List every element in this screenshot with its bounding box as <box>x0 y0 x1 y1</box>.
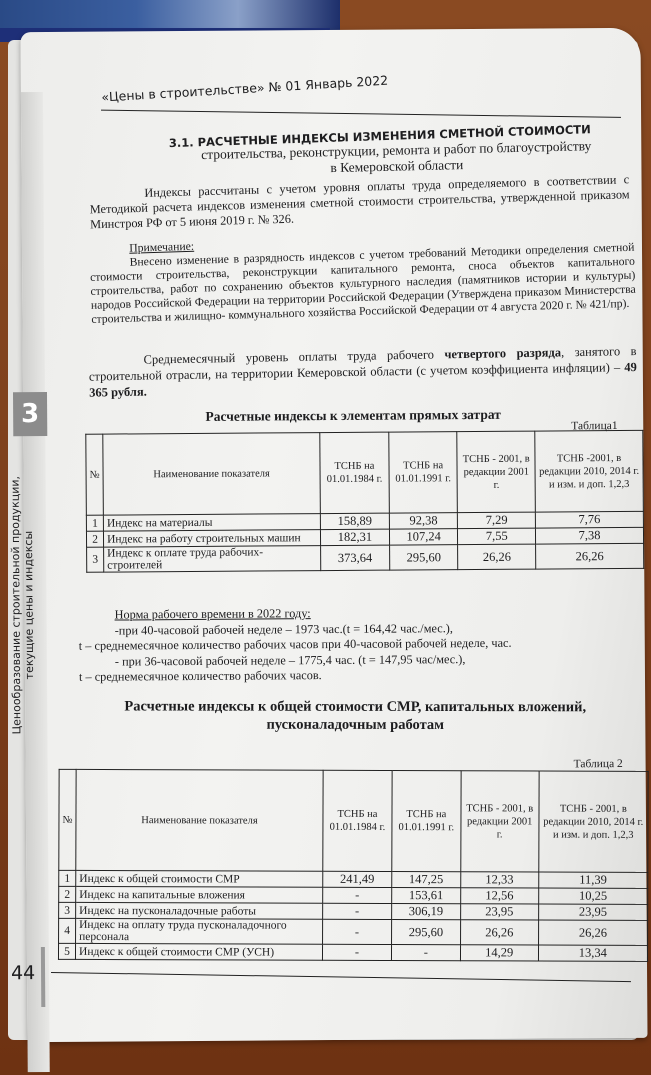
value-2001: 14,29 <box>460 945 538 961</box>
row-number: 1 <box>59 870 76 886</box>
value-2010: 7,38 <box>536 527 644 544</box>
col-2010: ТСНБ -2001, в редакции 2010, 2014 г. и и… <box>535 430 644 512</box>
value-1991: 295,60 <box>391 920 460 945</box>
table1-header-row: № Наименование показателя ТСНБ на 01.01.… <box>86 430 644 515</box>
note-text: Внесено изменение в разрядность индексов… <box>90 241 636 326</box>
row-name: Индекс на материалы <box>103 514 320 532</box>
chapter-sidebar: Ценообразование строительной продукции, … <box>3 452 25 752</box>
value-2010: 23,95 <box>538 904 647 920</box>
value-1991: 306,19 <box>392 904 461 920</box>
row-number: 3 <box>59 902 76 918</box>
work-time-norms: Норма рабочего времени в 2022 году: -при… <box>79 604 640 685</box>
value-1984: 373,64 <box>321 545 390 570</box>
work-time-36h-note: t – среднемесячное количество рабочих ча… <box>79 666 639 685</box>
row-name: Индекс к общей стоимости СМР <box>76 870 323 887</box>
value-2001: 12,33 <box>461 872 539 888</box>
value-1991: 153,61 <box>392 888 461 904</box>
col-1991: ТСНБ на 01.01.1991 г. <box>389 432 458 513</box>
row-number: 1 <box>86 515 103 531</box>
table2-total-costs: № Наименование показателя ТСНБ на 01.01.… <box>58 769 649 962</box>
table2-label: Таблица 2 <box>574 758 623 770</box>
col-2001: ТСНБ - 2001, в редакции 2001 г. <box>461 771 539 872</box>
value-1984: 182,31 <box>320 529 389 545</box>
table-row: 4Индекс на оплату труда пусконаладочного… <box>59 918 648 945</box>
table1-direct-costs: № Наименование показателя ТСНБ на 01.01.… <box>85 430 644 573</box>
row-number: 2 <box>59 886 76 902</box>
value-1991: 147,25 <box>392 872 461 888</box>
value-2010: 10,25 <box>538 888 647 904</box>
value-2001: 26,26 <box>460 920 538 945</box>
table1-title: Расчетные индексы к элементам прямых зат… <box>83 406 623 426</box>
value-1984: - <box>323 919 392 944</box>
col-name: Наименование показателя <box>103 433 321 516</box>
value-1991: 295,60 <box>389 545 458 570</box>
value-2010: 26,26 <box>538 920 647 945</box>
magazine-page: «Цены в строительстве» № 01 Январь 2022 … <box>20 28 647 1042</box>
wage-paragraph: Среднемесячный уровень оплаты труда рабо… <box>88 343 637 401</box>
table2-title: Расчетные индексы к общей стоимости СМР,… <box>85 697 625 734</box>
col-name: Наименование показателя <box>76 769 323 871</box>
row-number: 5 <box>58 943 75 959</box>
value-1984: - <box>323 944 392 960</box>
value-1991: 107,24 <box>389 529 458 545</box>
row-number: 2 <box>86 531 103 547</box>
row-name: Индекс на оплату труда пусконаладочного … <box>76 918 323 944</box>
table-row: 3Индекс к оплате труда рабочих-строителе… <box>87 543 644 572</box>
page-number-bar <box>41 947 45 1007</box>
value-2010: 11,39 <box>538 872 647 888</box>
col-no: № <box>86 434 104 515</box>
row-number: 4 <box>59 918 76 943</box>
value-1984: 241,49 <box>323 871 392 887</box>
value-1984: - <box>323 887 392 903</box>
col-1984: ТСНБ на 01.01.1984 г. <box>320 432 389 513</box>
value-2001: 23,95 <box>460 904 538 920</box>
row-name: Индекс на пусконаладочные работы <box>76 902 323 919</box>
col-1984: ТСНБ на 01.01.1984 г. <box>323 770 392 871</box>
note-block: Примечание: Внесено изменение в разрядно… <box>89 227 636 327</box>
col-no: № <box>59 769 76 870</box>
row-name: Индекс на капитальные вложения <box>76 886 323 903</box>
table2-title-line-2: пусконаладочным работам <box>85 715 625 734</box>
value-2001: 26,26 <box>458 544 536 570</box>
running-head: «Цены в строительстве» № 01 Январь 2022 <box>101 73 389 105</box>
table-row: 5Индекс к общей стоимости СМР (УСН)--14,… <box>58 943 647 961</box>
value-2010: 13,34 <box>538 945 647 961</box>
wage-grade: четвертого разряда <box>444 345 561 361</box>
value-2010: 7,76 <box>535 511 643 528</box>
table2-header-row: № Наименование показателя ТСНБ на 01.01.… <box>59 769 648 872</box>
col-1991: ТСНБ на 01.01.1991 г. <box>392 771 461 872</box>
value-2001: 12,56 <box>460 888 538 904</box>
value-1991: 92,38 <box>389 513 458 529</box>
col-2001: ТСНБ - 2001, в редакции 2001 г. <box>457 431 535 513</box>
value-1984: 158,89 <box>320 513 389 529</box>
chapter-title-line-1: Ценообразование строительной продукции, <box>9 476 24 734</box>
value-2010: 26,26 <box>536 543 644 569</box>
value-1991: - <box>391 945 460 961</box>
table2-title-line-1: Расчетные индексы к общей стоимости СМР,… <box>85 697 625 716</box>
col-2010: ТСНБ - 2001, в редакции 2010, 2014 г. и … <box>538 771 648 872</box>
row-name: Индекс к оплате труда рабочих-строителей <box>104 546 321 573</box>
row-number: 3 <box>87 547 104 572</box>
value-1984: - <box>323 903 392 919</box>
page-number: 44 <box>11 962 35 984</box>
value-2001: 7,29 <box>458 512 536 529</box>
footer-rule <box>51 972 631 982</box>
row-name: Индекс к общей стоимости СМР (УСН) <box>76 943 323 960</box>
chapter-number-tab: 3 <box>13 392 47 436</box>
chapter-title-line-2: текущие цены и индексы <box>22 531 36 680</box>
header-rule <box>101 110 621 118</box>
row-name: Индекс на работу строительных машин <box>103 530 320 548</box>
value-2001: 7,55 <box>458 528 536 545</box>
